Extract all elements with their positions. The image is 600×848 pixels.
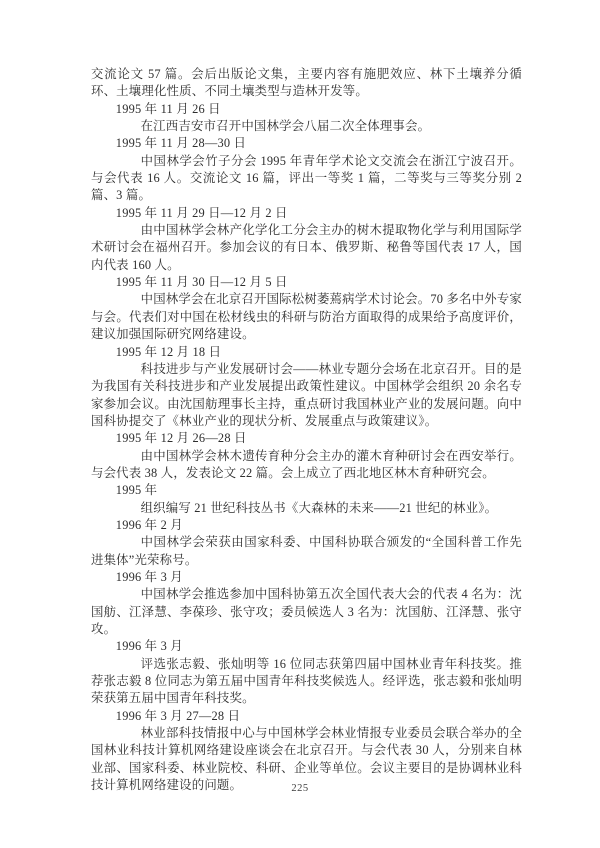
entry-date: 1995 年 11 月 28—30 日	[91, 135, 522, 152]
entry-body: 中国林学会推选参加中国科协第五次全国代表大会的代表 4 名为：沈国舫、江泽慧、李…	[91, 586, 522, 638]
entry-date: 1995 年 11 月 29 日—12 月 2 日	[91, 205, 522, 222]
entry-date: 1996 年 3 月 27—28 日	[91, 708, 522, 725]
entry-body: 由中国林学会林产化学化工分会主办的树木提取物化学与利用国际学术研讨会在福州召开。…	[91, 222, 522, 274]
entry-date: 1995 年	[91, 482, 522, 499]
page-number: 225	[0, 783, 600, 794]
chronicle-text-block: 交流论文 57 篇。会后出版论文集，主要内容有施肥效应、林下土壤养分循环、土壤理…	[91, 66, 522, 794]
entry-body: 中国林学会在北京召开国际松树萎蔫病学术讨论会。70 多名中外专家与会。代表们对中…	[91, 291, 522, 343]
document-page: 交流论文 57 篇。会后出版论文集，主要内容有施肥效应、林下土壤养分循环、土壤理…	[0, 0, 600, 848]
entry-body: 科技进步与产业发展研讨会——林业专题分会场在北京召开。目的是为我国有关科技进步和…	[91, 361, 522, 430]
entry-body: 中国林学会竹子分会 1995 年青年学术论文交流会在浙江宁波召开。与会代表 16…	[91, 153, 522, 205]
entry-body: 评选张志毅、张灿明等 16 位同志获第四届中国林业青年科技奖。推荐张志毅 8 位…	[91, 656, 522, 708]
entry-date: 1996 年 3 月	[91, 638, 522, 655]
continuation-paragraph: 交流论文 57 篇。会后出版论文集，主要内容有施肥效应、林下土壤养分循环、土壤理…	[91, 66, 522, 101]
entry-body: 组织编写 21 世纪科技丛书《大森林的未来——21 世纪的林业》。	[91, 500, 522, 517]
entry-date: 1995 年 12 月 26—28 日	[91, 430, 522, 447]
entry-body: 由中国林学会林木遗传育种分会主办的灌木育种研讨会在西安举行。与会代表 38 人，…	[91, 448, 522, 483]
entry-date: 1995 年 11 月 30 日—12 月 5 日	[91, 274, 522, 291]
entry-body: 中国林学会荣获由国家科委、中国科协联合颁发的“全国科普工作先进集体”光荣称号。	[91, 534, 522, 569]
entry-date: 1995 年 12 月 18 日	[91, 344, 522, 361]
entry-body: 在江西吉安市召开中国林学会八届二次全体理事会。	[91, 118, 522, 135]
entry-date: 1996 年 3 月	[91, 569, 522, 586]
entry-date: 1996 年 2 月	[91, 517, 522, 534]
entry-date: 1995 年 11 月 26 日	[91, 101, 522, 118]
